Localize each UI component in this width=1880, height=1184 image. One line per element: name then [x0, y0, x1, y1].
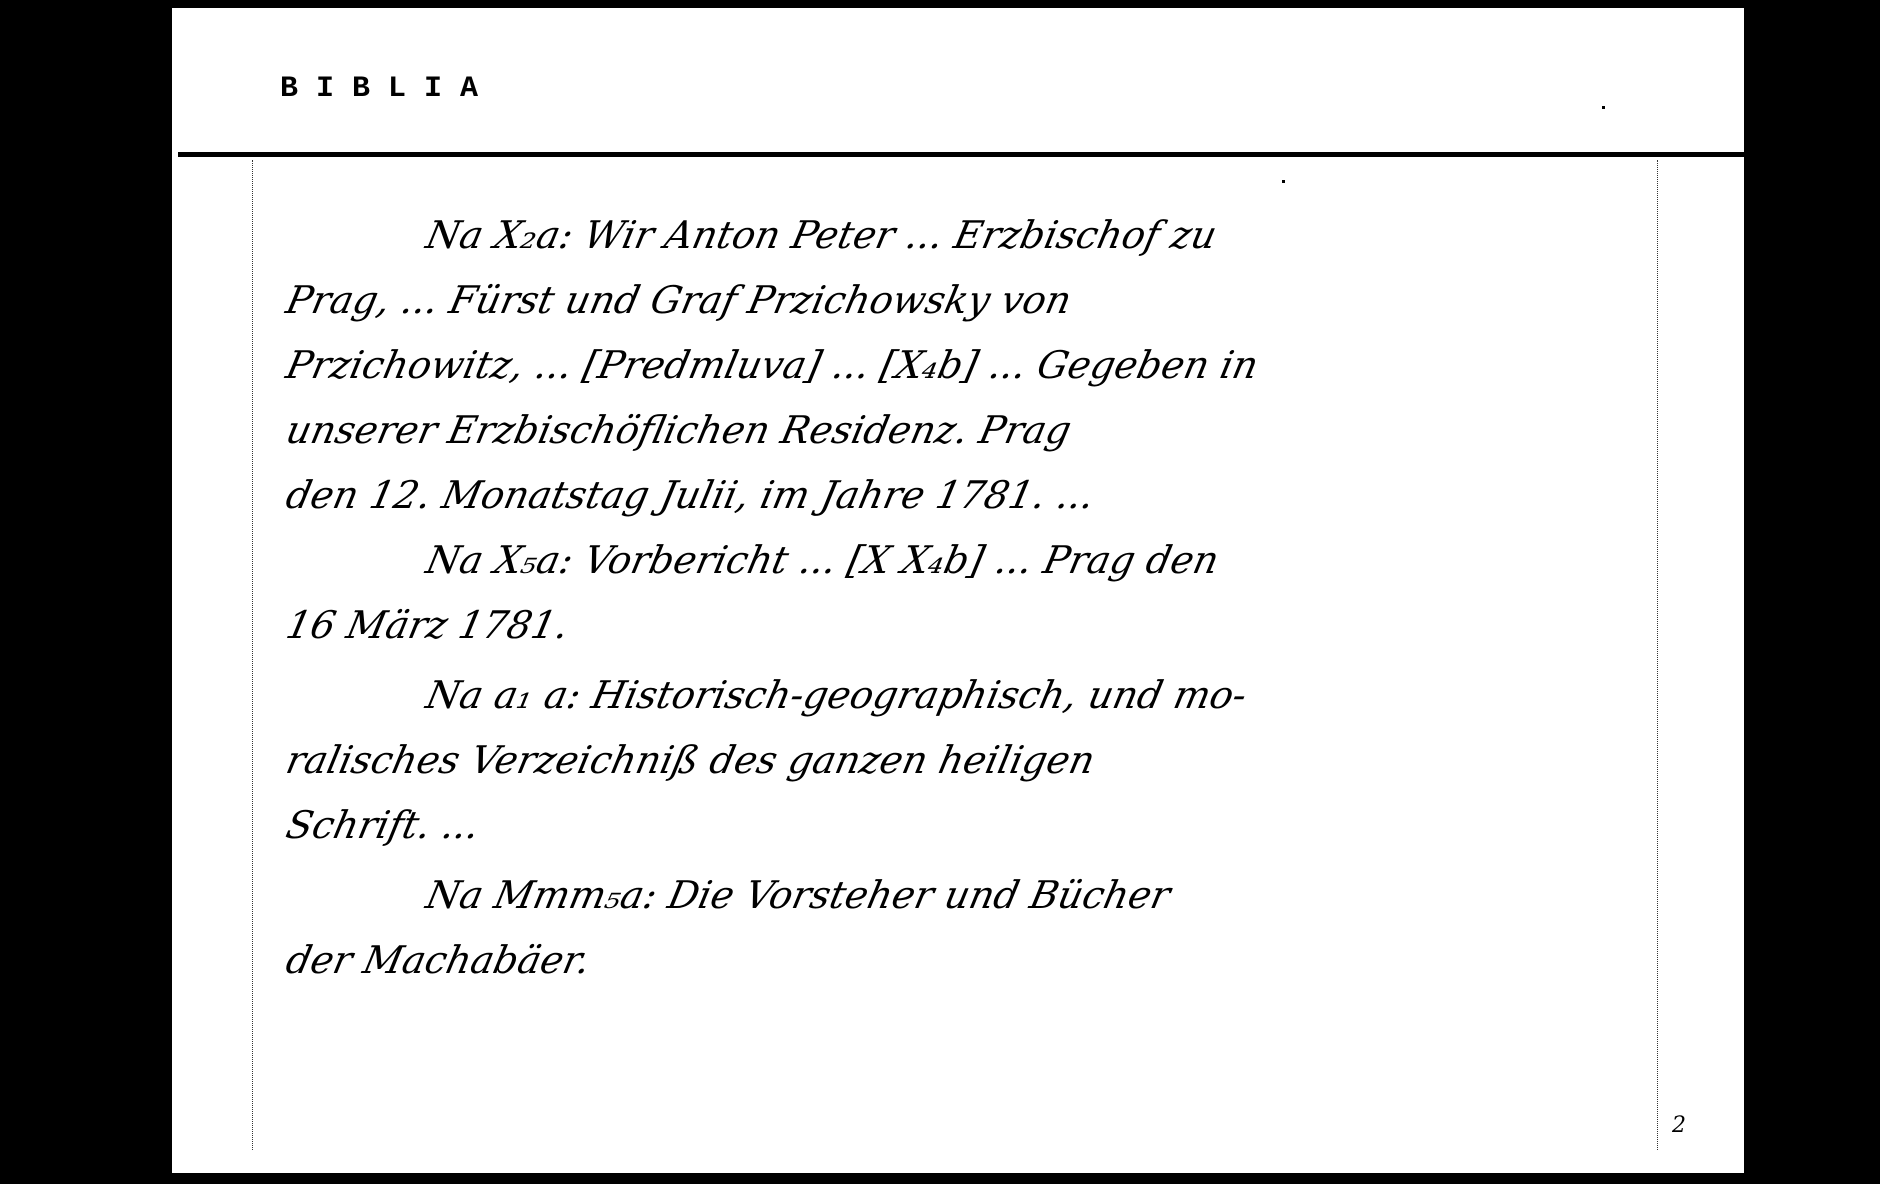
text-line: Schrift. ...	[282, 803, 483, 847]
text-line: Na X₂a: Wir Anton Peter ... Erzbischof z…	[422, 213, 1220, 257]
header-divider	[178, 152, 1744, 157]
document-page: BIBLIA Na X₂a: Wir Anton Peter ... Erzbi…	[172, 8, 1744, 1173]
text-line: der Machabäer.	[282, 938, 594, 982]
text-line: ralisches Verzeichniß des ganzen heilige…	[282, 738, 1099, 782]
text-line: Na a₁ a: Historisch-geographisch, und mo…	[422, 673, 1251, 717]
text-line: den 12. Monatstag Julii, im Jahre 1781. …	[282, 473, 1098, 517]
scan-speck	[1282, 180, 1285, 183]
text-line: Przichowitz, ... [Predmluva] ... [X₄b] .…	[282, 343, 1262, 387]
text-line: Prag, ... Fürst und Graf Przichowsky von	[282, 278, 1075, 322]
header-title: BIBLIA	[280, 72, 496, 106]
text-line: Na X₅a: Vorbericht ... [X X₄b] ... Prag …	[422, 538, 1223, 582]
text-line: unserer Erzbischöflichen Residenz. Prag	[282, 408, 1075, 452]
right-margin-guide	[1657, 160, 1658, 1150]
left-margin-guide	[252, 160, 253, 1150]
text-line: Na Mmm₅a: Die Vorsteher und Bücher	[422, 873, 1174, 917]
page-number-mark: 2	[1672, 1113, 1686, 1138]
text-line: 16 März 1781.	[282, 603, 572, 647]
scan-speck	[1602, 106, 1605, 109]
scanned-document: BIBLIA Na X₂a: Wir Anton Peter ... Erzbi…	[0, 0, 1880, 1184]
